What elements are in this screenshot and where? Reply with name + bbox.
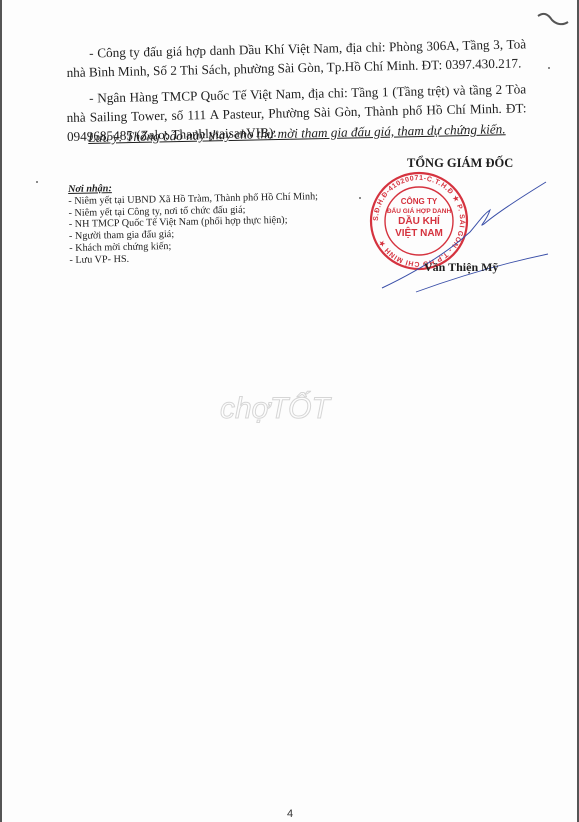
signer-name: Văn Thiện Mỹ [424, 260, 498, 275]
page-number: 4 [287, 808, 293, 820]
stamp-center-text: CÔNG TY ĐẤU GIÁ HỢP DANH DẦU KHÍ VIỆT NA… [368, 196, 470, 240]
company-stamp: S.Đ.H.Đ-41020071-C.T.H.Đ ★ P. SÀI GÒN - … [368, 170, 470, 272]
scan-speck [359, 197, 361, 199]
watermark-logo: chợTỐT [220, 392, 330, 426]
scan-speck [36, 181, 38, 183]
paper-fold-mark [536, 10, 570, 30]
scan-speck [548, 67, 550, 69]
recipients-block: Nơi nhận: - Niêm yết tại UBND Xã Hồ Tràm… [68, 179, 319, 266]
signer-title: TỔNG GIÁM ĐỐC [407, 156, 513, 171]
